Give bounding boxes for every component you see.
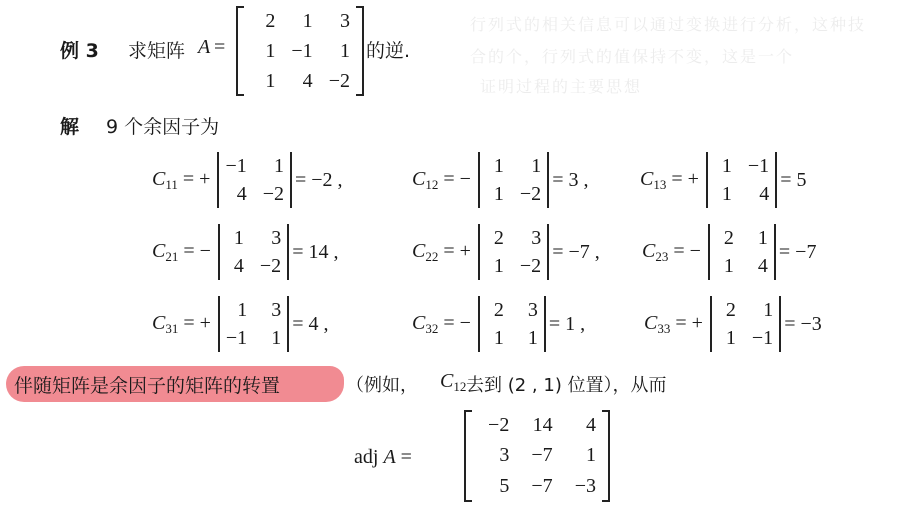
cofactor-subscript: 11 [165, 177, 178, 192]
cofactor-sign: + [200, 312, 211, 334]
determinant: 231−2 [478, 224, 549, 280]
cofactor-symbol: C [644, 312, 657, 334]
matrix-cell: 5 [472, 475, 515, 498]
cofactor-sign: − [200, 240, 211, 262]
cofactor-result: = −3 [784, 313, 822, 336]
matrix-cell: 1 [244, 40, 281, 63]
example-label: 例 3 [60, 36, 99, 63]
adj-label: adj A = [354, 446, 412, 469]
cofactor-c31: C31 = + 13−11 = 4 , [152, 296, 328, 352]
cofactor-result: = 4 , [292, 313, 328, 336]
bleed-through-text: 证明过程的主要思想 [480, 74, 642, 97]
cofactor-c21: C21 = − 134−2 = 14 , [152, 224, 338, 280]
cofactor-sign: + [692, 312, 703, 334]
cofactor-sign: + [688, 168, 699, 190]
matrix-cell: −3 [559, 475, 602, 498]
cofactor-c22: C22 = + 231−2 = −7 , [412, 224, 600, 280]
statement-aside-b: 去到 (2 , 1) 位置），从而 [466, 371, 667, 397]
matrix-cell: 1 [319, 40, 356, 63]
cofactor-result: = 5 [780, 169, 806, 192]
cofactor-result: = −7 , [552, 241, 600, 264]
cofactor-c33: C33 = + 211−1 = −3 [644, 296, 822, 352]
highlighted-statement: 伴随矩阵是余因子的矩阵的转置 [14, 371, 280, 398]
determinant: −114−2 [217, 152, 292, 208]
cofactor-result: = 14 , [292, 241, 338, 264]
matrix-cell: 3 [472, 444, 515, 467]
cofactor-subscript: 13 [653, 177, 666, 192]
cofactor-result: = −2 , [295, 169, 343, 192]
cofactor-symbol: C [412, 240, 425, 262]
matrix-name: A [198, 36, 210, 59]
cofactor-sign: − [690, 240, 701, 262]
matrix-cell: 1 [559, 444, 602, 467]
matrix-cell: 3 [319, 10, 356, 33]
cofactor-symbol: C [152, 168, 165, 190]
matrix-cell: −7 [515, 475, 558, 498]
cofactor-c13: C13 = + 1−114 = 5 [640, 152, 806, 208]
cofactor-result: = 3 , [552, 169, 588, 192]
example-prompt: 求矩阵 [128, 36, 185, 63]
determinant: 134−2 [218, 224, 289, 280]
cofactor-subscript: 31 [165, 321, 178, 336]
determinant: 211−1 [710, 296, 781, 352]
cofactor-subscript: 21 [165, 249, 178, 264]
cofactor-c32: C32 = − 2311 = 1 , [412, 296, 585, 352]
cofactor-sign: + [460, 240, 471, 262]
cofactor-c12: C12 = − 111−2 = 3 , [412, 152, 588, 208]
solution-label: 解 [60, 112, 79, 139]
cofactor-symbol: C [412, 312, 425, 334]
matrix-cell: −2 [319, 70, 356, 93]
solution-intro: 9 个余因子为 [106, 112, 219, 139]
cofactor-sign: − [460, 312, 471, 334]
adjugate-matrix: −2 14 4 3 −7 1 5 −7 −3 [464, 410, 610, 502]
determinant: 2311 [478, 296, 546, 352]
equals-sign: = [214, 36, 225, 59]
cofactor-symbol: C [152, 240, 165, 262]
cofactor-result: = 1 , [549, 313, 585, 336]
statement-c12: C12 [440, 370, 466, 395]
cofactor-symbol: C [640, 168, 653, 190]
matrix-cell: 1 [281, 10, 318, 33]
cofactor-subscript: 32 [425, 321, 438, 336]
matrix-cell: −7 [515, 444, 558, 467]
cofactor-symbol: C [152, 312, 165, 334]
matrix-cell: −1 [281, 40, 318, 63]
matrix-cell: 4 [281, 70, 318, 93]
cofactor-c11: C11 = + −114−2 = −2 , [152, 152, 343, 208]
determinant: 2114 [708, 224, 776, 280]
matrix-a: 2 1 3 1 −1 1 1 4 −2 [236, 6, 364, 96]
determinant: 13−11 [218, 296, 289, 352]
cofactor-subscript: 22 [425, 249, 438, 264]
matrix-cell: 2 [244, 10, 281, 33]
cofactor-c23: C23 = − 2114 = −7 [642, 224, 816, 280]
cofactor-subscript: 23 [655, 249, 668, 264]
statement-aside-a: （例如， [346, 371, 418, 397]
cofactor-symbol: C [642, 240, 655, 262]
bleed-through-text: 合的个，行列式的值保持不变，这是一个 [470, 44, 794, 67]
cofactor-sign: − [460, 168, 471, 190]
determinant: 111−2 [478, 152, 549, 208]
cofactor-subscript: 12 [425, 177, 438, 192]
matrix-cell: 14 [515, 414, 558, 437]
cofactor-subscript: 33 [657, 321, 670, 336]
cofactor-symbol: C [412, 168, 425, 190]
determinant: 1−114 [706, 152, 777, 208]
cofactor-sign: + [199, 168, 210, 190]
example-suffix: 的逆. [366, 36, 410, 63]
bleed-through-text: 行列式的相关信息可以通过变换进行分析，这种技 [470, 12, 866, 35]
matrix-cell: 4 [559, 414, 602, 437]
cofactor-result: = −7 [779, 241, 817, 264]
matrix-cell: 1 [244, 70, 281, 93]
matrix-cell: −2 [472, 414, 515, 437]
